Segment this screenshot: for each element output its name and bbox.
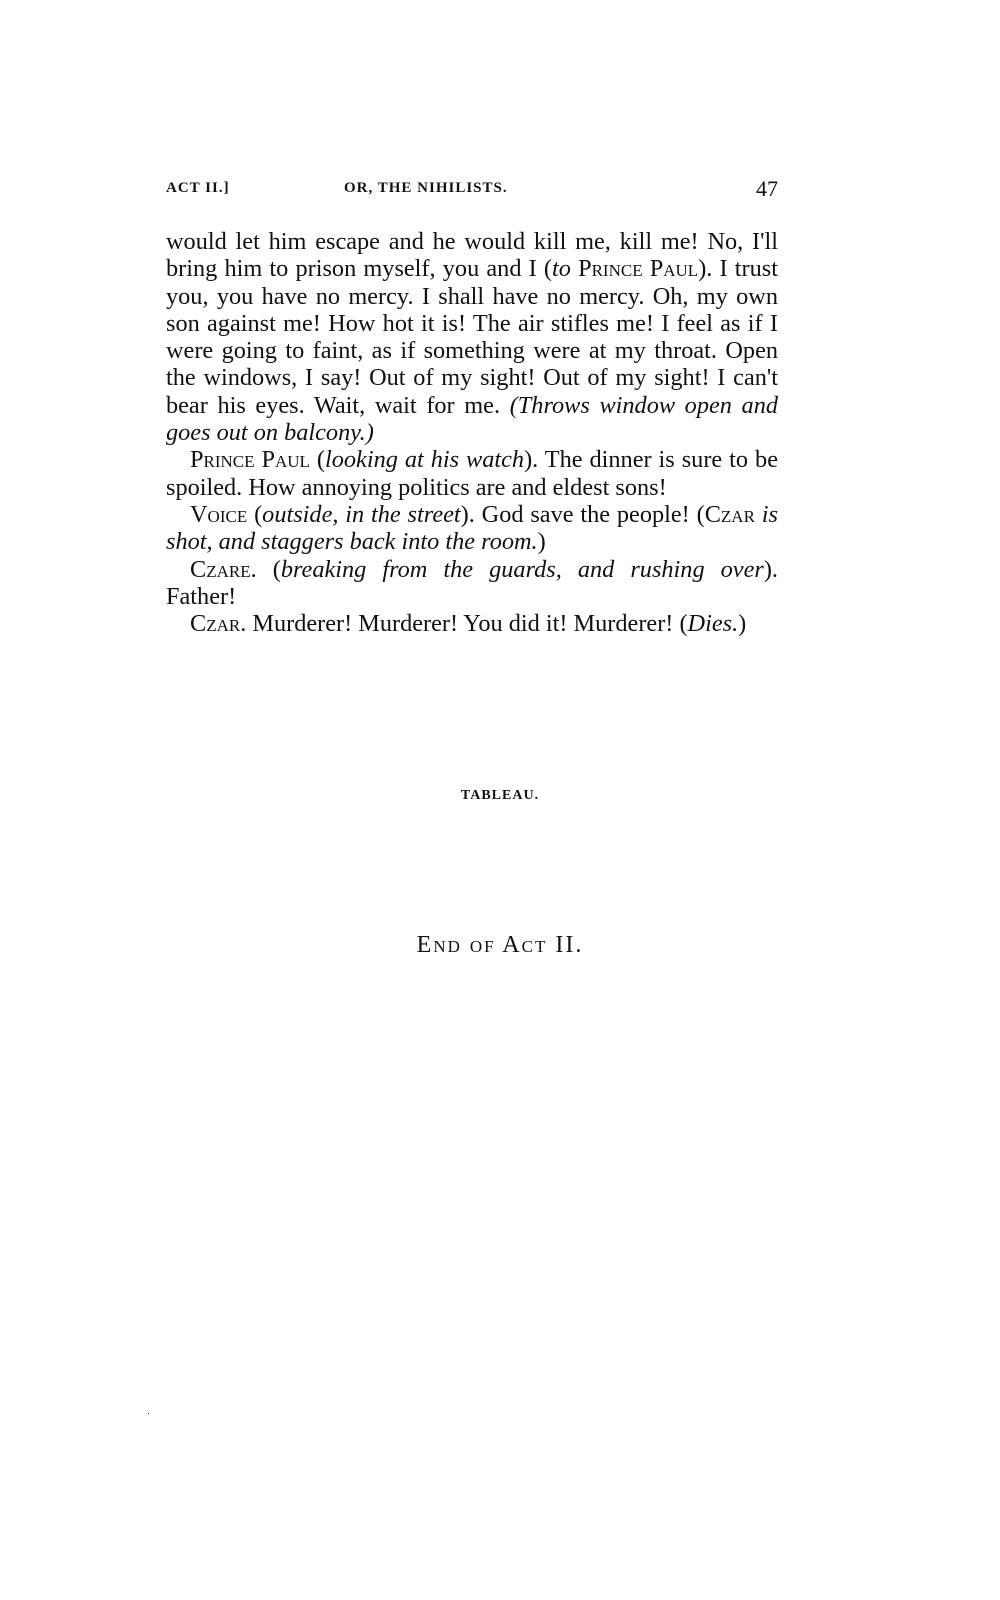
paragraph-voice: Voice (outside, in the street). God save… xyxy=(166,501,778,556)
text-segment xyxy=(571,255,578,282)
character-name: Voice xyxy=(190,501,247,528)
end-of-act-heading: End of Act II. xyxy=(0,932,1000,959)
stage-direction: Dies. xyxy=(688,610,739,637)
text-segment xyxy=(755,501,762,528)
running-header: ACT II.] OR, THE NIHILISTS. 47 xyxy=(166,176,778,206)
text-segment: Murderer! Murderer! You did it! Murderer… xyxy=(246,610,687,637)
page-number: 47 xyxy=(756,176,778,202)
text-segment: ( xyxy=(247,501,262,528)
scan-speck xyxy=(148,1413,149,1414)
character-name: Czar xyxy=(705,501,755,528)
character-name: Prince Paul xyxy=(578,255,698,282)
header-title: OR, THE NIHILISTS. xyxy=(344,180,508,197)
character-name: Czare. xyxy=(190,556,257,583)
tableau-heading: TABLEAU. xyxy=(0,788,1000,804)
stage-direction: outside, in the street xyxy=(262,501,460,528)
stage-direction: breaking from the guards, and rushing ov… xyxy=(281,556,764,583)
character-name: Czar. xyxy=(190,610,246,637)
paragraph-czar-speech: would let him escape and he would kill m… xyxy=(166,228,778,446)
page-body: would let him escape and he would kill m… xyxy=(166,228,778,637)
paragraph-czar-death: Czar. Murderer! Murderer! You did it! Mu… xyxy=(166,610,778,637)
text-segment: ( xyxy=(310,446,325,473)
stage-direction: to xyxy=(552,255,571,282)
text-segment: ). God save the people! ( xyxy=(461,501,705,528)
character-name: Prince Paul xyxy=(190,446,310,473)
paragraph-czarevitch: Czare. (breaking from the guards, and ru… xyxy=(166,556,778,611)
stage-direction: looking at his watch xyxy=(325,446,524,473)
text-segment: ) xyxy=(738,610,746,637)
paragraph-prince-paul: Prince Paul (looking at his watch). The … xyxy=(166,446,778,501)
header-act-label: ACT II.] xyxy=(166,180,230,197)
text-segment: ( xyxy=(257,556,281,583)
text-segment: ) xyxy=(538,528,546,555)
